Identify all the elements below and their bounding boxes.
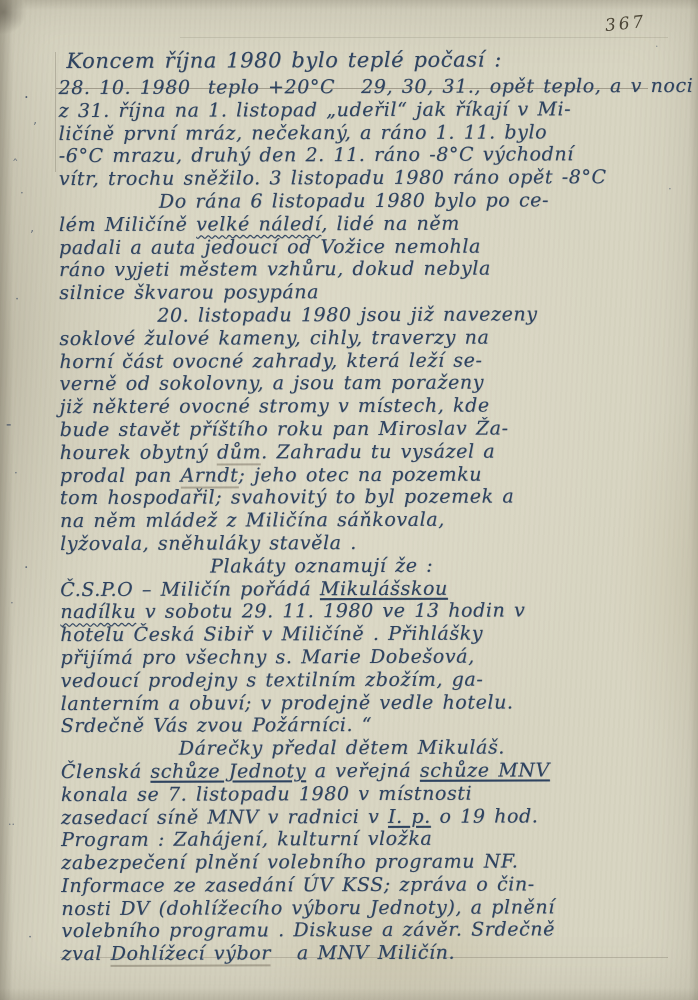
text-segment: bude stavět příštího roku pan Miroslav Ž… [60, 417, 509, 441]
underlined-text: nadílku [60, 601, 136, 623]
text-segment: již některé ovocné stromy v místech, kde [60, 395, 490, 419]
text-segment: hourek obytný [60, 441, 217, 464]
handwritten-line: konala se 7. listopadu 1980 v místnosti [61, 782, 665, 807]
text-segment: horní část ovocné zahrady, která leží se… [59, 349, 482, 372]
handwritten-line: Č.S.P.O – Miličín pořádá Mikulášskou [60, 576, 664, 601]
handwritten-line: z 31. října na 1. listopad „udeřil“ jak … [59, 98, 663, 123]
handwritten-line: vítr, trochu sněžilo. 3 listopadu 1980 r… [59, 166, 663, 191]
text-segment: vedoucí prodejny s textilním zbožím, ga- [61, 668, 484, 691]
text-segment: Plakáty oznamují že : [210, 554, 433, 577]
text-segment: a veřejná [306, 760, 420, 782]
text-segment: a MNV Miličín. [271, 942, 455, 965]
underlined-text: velké náledí [196, 213, 321, 235]
underlined-text: I. p. [388, 805, 431, 827]
handwritten-text: Koncem října 1980 bylo teplé počasí :28.… [58, 45, 665, 1000]
handwritten-line: 28. 10. 1980 teplo +20°C 29, 30, 31., op… [58, 75, 662, 100]
text-segment: Program : Zahájení, kulturní vložka [61, 828, 432, 851]
text-segment: vítr, trochu sněžilo. 3 listopadu 1980 r… [59, 166, 607, 190]
underlined-text: dům [217, 441, 261, 465]
handwritten-line: hourek obytný dům. Zahradu tu vysázel a [60, 440, 664, 465]
text-segment: lanterním a obuví; v prodejně vedle hote… [61, 691, 514, 715]
handwritten-line: zasedací síně MNV v radnici v I. p. o 19… [61, 804, 665, 829]
text-segment: prodal pan [60, 464, 181, 486]
handwritten-line: -6°C mrazu, druhý den 2. 11. ráno -8°C v… [59, 143, 663, 168]
handwritten-line: přijímá pro všechny s. Marie Dobešová, [60, 645, 664, 670]
handwritten-line: Srdečně Vás zvou Požárníci. “ [61, 713, 665, 738]
text-segment: lém Miličíně [59, 213, 196, 235]
text-segment: -6°C mrazu, druhý den 2. 11. ráno -8°C v… [59, 144, 574, 168]
text-segment: , lidé na něm [321, 212, 460, 234]
text-segment: ráno vyjeti městem vzhůru, dokud nebyla [59, 258, 491, 282]
text-segment: hotelu Česká Sibiř v Miličíně . Přihlášk… [60, 623, 483, 646]
text-segment: 28. 10. 1980 teplo +20°C 29, 30, 31., op… [58, 75, 693, 99]
ink-speck: · [10, 596, 14, 610]
text-segment: volebního programu . Diskuse a závěr. Sr… [61, 919, 555, 943]
handwritten-line: soklové žulové kameny, cihly, traverzy n… [59, 326, 663, 351]
handwritten-line: Členská schůze Jednoty a veřejná schůze … [61, 759, 665, 784]
ink-speck: · [14, 466, 18, 480]
underlined-text: schůze Jednoty [150, 760, 306, 783]
ink-speck: ·· [8, 818, 15, 831]
text-segment: Srdečně Vás zvou Požárníci. “ [61, 714, 372, 737]
text-segment: Koncem října 1980 bylo teplé počasí : [66, 48, 502, 74]
ink-speck: ’ [33, 120, 37, 134]
text-segment: 20. listopadu 1980 jsou již navezeny [157, 303, 537, 326]
handwritten-line: prodal pan Arndt; jeho otec na pozemku [60, 462, 664, 487]
ruled-line-top [180, 37, 668, 38]
text-segment: padali a auta jedoucí od Vožice nemohla [59, 235, 481, 258]
text-segment: Informace ze zasedání ÚV KSS; zpráva o č… [61, 873, 535, 897]
ink-speck: ˆ [12, 158, 19, 173]
ink-speck: · [28, 930, 32, 945]
handwritten-line: Koncem října 1980 bylo teplé počasí : [58, 45, 662, 77]
ink-speck: · [24, 560, 28, 576]
text-segment: ; jeho otec na pozemku [238, 463, 482, 486]
handwritten-line: tom hospodařil; svahovitý to byl pozemek… [60, 485, 664, 510]
text-segment: zval [61, 943, 110, 965]
underlined-text: schůze MNV [420, 759, 550, 781]
ink-speck: · [24, 88, 29, 106]
text-segment: silnice škvarou posypána [59, 281, 319, 304]
handwritten-line: Plakáty oznamují že : [60, 554, 664, 579]
text-segment: v sobotu 29. 11. 1980 ve 13 hodin v [136, 600, 525, 623]
ink-speck: ’ [30, 228, 34, 242]
handwritten-line: zval Dohlížecí výbor a MNV Miličín. [61, 941, 665, 966]
margin-crease-line [55, 52, 56, 172]
text-segment: nosti DV (dohlížecího výboru Jednoty), a… [61, 896, 555, 920]
handwritten-line: lyžovala, sněhuláky stavěla . [60, 531, 664, 556]
ink-speck: · [668, 182, 672, 196]
text-segment: lyžovala, sněhuláky stavěla . [60, 532, 357, 555]
page-number: 367 [604, 12, 647, 36]
text-segment: Do rána 6 listopadu 1980 bylo po ce- [159, 189, 549, 212]
text-segment: konala se 7. listopadu 1980 v místnosti [61, 782, 472, 805]
handwritten-line: ličíně první mráz, nečekaný, a ráno 1. 1… [59, 121, 663, 146]
chronicle-page: 367 Koncem října 1980 bylo teplé počasí … [0, 0, 698, 1000]
underlined-text: Dohlížecí výbor [111, 943, 271, 968]
handwritten-line: Dárečky předal dětem Mikuláš. [61, 736, 665, 761]
handwritten-line: Do rána 6 listopadu 1980 bylo po ce- [59, 189, 663, 214]
handwritten-line: 20. listopadu 1980 jsou již navezeny [59, 303, 663, 328]
text-segment: na něm mládež z Miličína sáňkovala, [60, 509, 445, 532]
handwritten-line: lém Miličíně velké náledí, lidé na něm [59, 212, 663, 237]
handwritten-line: na něm mládež z Miličína sáňkovala, [60, 508, 664, 533]
handwritten-line: Informace ze zasedání ÚV KSS; zpráva o č… [61, 873, 665, 898]
handwritten-line: silnice škvarou posypána [59, 280, 663, 305]
text-segment: tom hospodařil; svahovitý to byl pozemek… [60, 486, 514, 510]
handwritten-line: volebního programu . Diskuse a závěr. Sr… [61, 918, 665, 943]
text-segment: z 31. října na 1. listopad „udeřil“ jak … [59, 98, 572, 122]
handwritten-line: vedoucí prodejny s textilním zbožím, ga- [61, 668, 665, 693]
handwritten-line: Program : Zahájení, kulturní vložka [61, 827, 665, 852]
handwritten-line: již některé ovocné stromy v místech, kde [60, 394, 664, 419]
handwritten-line: hotelu Česká Sibiř v Miličíně . Přihlášk… [60, 622, 664, 647]
text-segment: přijímá pro všechny s. Marie Dobešová, [60, 646, 474, 669]
handwritten-line: zabezpečení plnění volebního programu NF… [61, 850, 665, 875]
handwritten-line: ráno vyjeti městem vzhůru, dokud nebyla [59, 257, 663, 282]
text-segment: Členská [61, 761, 151, 783]
handwritten-line: nadílku v sobotu 29. 11. 1980 ve 13 hodi… [60, 599, 664, 624]
handwritten-line: bude stavět příštího roku pan Miroslav Ž… [60, 417, 664, 442]
handwritten-line: nosti DV (dohlížecího výboru Jednoty), a… [61, 896, 665, 921]
ink-speck: · [15, 292, 19, 307]
text-segment: ličíně první mráz, nečekaný, a ráno 1. 1… [59, 121, 548, 145]
handwritten-line: padali a auta jedoucí od Vožice nemohla [59, 235, 663, 260]
ink-speck: · [20, 186, 24, 200]
handwritten-line: horní část ovocné zahrady, která leží se… [59, 349, 663, 374]
text-segment: o 19 hod. [431, 805, 539, 827]
text-segment: . Zahradu tu vysázel a [261, 440, 495, 463]
text-segment: Dárečky předal dětem Mikuláš. [179, 737, 505, 760]
text-segment: verně od sokolovny, a jsou tam poraženy [59, 372, 484, 395]
text-segment: zasedací síně MNV v radnici v [61, 805, 388, 828]
underlined-text: Mikulášskou [320, 577, 448, 599]
underlined-text: Arndt [180, 464, 238, 488]
handwritten-line: lanterním a obuví; v prodejně vedle hote… [61, 690, 665, 715]
text-segment: Č.S.P.O – Miličín pořádá [60, 578, 320, 601]
ink-speck: - [6, 414, 11, 433]
text-segment: soklové žulové kameny, cihly, traverzy n… [59, 326, 489, 350]
handwritten-line: verně od sokolovny, a jsou tam poraženy [59, 371, 663, 396]
text-segment: zabezpečení plnění volebního programu NF… [61, 851, 518, 875]
